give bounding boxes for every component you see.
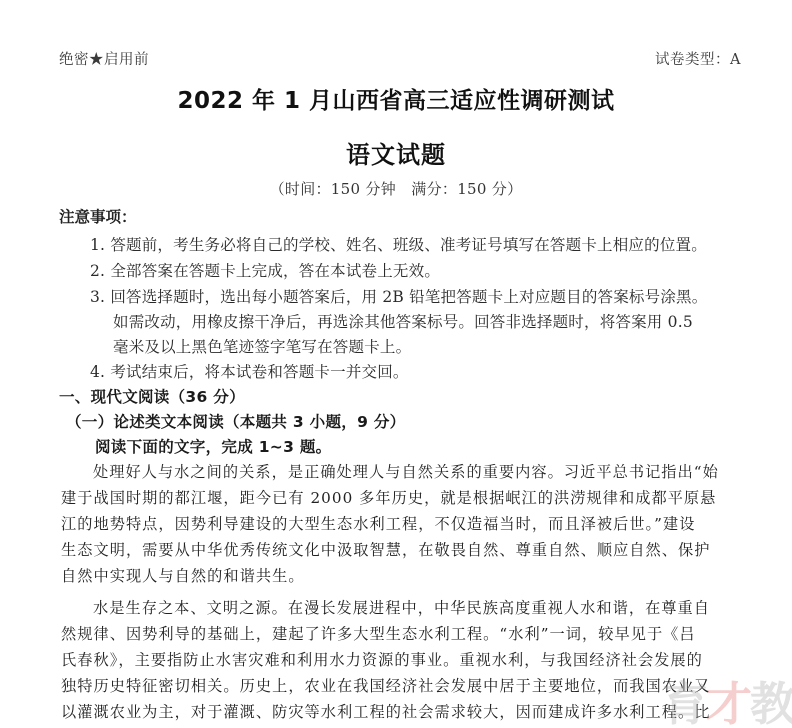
- passage-line: 自然中实现人与自然的和谐共生。: [61, 565, 305, 586]
- exam-time-score: （时间：150 分钟 满分：150 分）: [0, 178, 792, 199]
- watermark-char-b: 才: [706, 677, 750, 728]
- notice-item-4: 4. 考试结束后，将本试卷和答题卡一并交回。: [90, 360, 409, 382]
- notice-item-3-cont-1: 如需改动，用橡皮擦干净后，再选涂其他答案标号。回答非选择题时，将答案用 0.5: [113, 310, 693, 332]
- paper-type-label: 试卷类型：A: [655, 48, 741, 69]
- watermark-char-c: 教育网: [750, 677, 792, 728]
- subject-title: 语文试题: [0, 135, 792, 170]
- passage-line: 水是生存之本、文明之源。在漫长发展进程中，中华民族高度重视人水和谐，在尊重自: [93, 597, 710, 618]
- passage-line: 生态文明，需要从中华优秀传统文化中汲取智慧，在敬畏自然、尊重自然、顺应自然、保护: [61, 539, 711, 560]
- passage-line: 然规律、因势利导的基础上，建起了许多大型生态水利工程。“水利”一词，较早见于《吕: [61, 623, 696, 644]
- confidential-mark: 绝密★启用前: [59, 48, 149, 69]
- notice-item-1: 1. 答题前，考生务必将自己的学校、姓名、班级、准考证号填写在答题卡上相应的位置…: [90, 233, 707, 255]
- exam-page: 绝密★启用前 试卷类型：A 2022 年 1 月山西省高三适应性调研测试 语文试…: [0, 0, 792, 728]
- passage-line: 氏春秋》，主要指防止水害灾难和利用水力资源的事业。重视水利，与我国经济社会发展的: [61, 649, 703, 670]
- subsection-title-argumentative: （一）论述类文本阅读（本题共 3 小题，9 分）: [66, 410, 405, 432]
- passage-line: 江的地势特点，因势利导建设的大型生态水利工程，不仅造福当时，而且泽被后世。”建设: [61, 513, 695, 534]
- passage-line: 处理好人与水之间的关系，是正确处理人与自然关系的重要内容。习近平总书记指出“始: [93, 461, 719, 482]
- section-title-modern-reading: 一、现代文阅读（36 分）: [59, 385, 245, 407]
- passage-line: 建于战国时期的都江堰，距今已有 2000 多年历史，就是根据岷江的洪涝规律和成都…: [61, 487, 716, 508]
- notice-item-3: 3. 回答选择题时，选出每小题答案后，用 2B 铅笔把答题卡上对应题目的答案标号…: [90, 285, 707, 307]
- notice-heading: 注意事项：: [59, 205, 137, 227]
- notice-item-2: 2. 全部答案在答题卡上完成，答在本试卷上无效。: [90, 259, 440, 281]
- passage-line: 独特历史特征密切相关。历史上，农业在我国经济社会发展中居于主要地位，而我国农业又: [61, 675, 711, 696]
- notice-item-3-cont-2: 毫米及以上黑色笔迹签字笔写在答题卡上。: [113, 335, 411, 357]
- passage-line: 以灌溉农业为主，对于灌溉、防灾等水利工程的社会需求较大，因而建成许多水利工程。比: [61, 701, 711, 722]
- reading-instruction: 阅读下面的文字，完成 1~3 题。: [95, 435, 331, 457]
- exam-title: 2022 年 1 月山西省高三适应性调研测试: [0, 82, 792, 115]
